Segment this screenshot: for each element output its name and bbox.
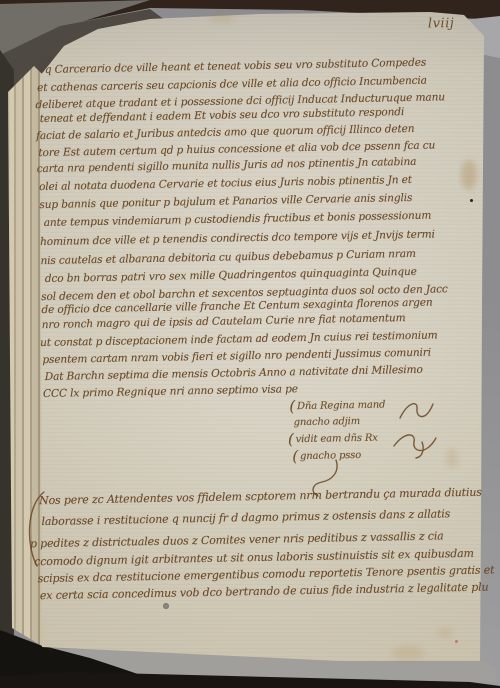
manuscript-line: ex certa scia concedimus vob dco bertran…: [40, 580, 489, 603]
manuscript-line: tore Est autem certum qd p huius concess…: [38, 138, 435, 160]
pen-flourish-icon: [392, 430, 440, 460]
paper-stain: [438, 628, 452, 637]
backdrop-bottomleft-black-wedge: [0, 0, 500, 688]
manuscript-line: carta nra pendenti sigillo munita nullis…: [37, 155, 417, 176]
chancery-note-line: (gnacho psso: [292, 448, 361, 464]
manuscript-line: scipsis ex dca restitucione emergentibus…: [37, 563, 494, 586]
manuscript-line: et cathenas carceris seu capcionis dce v…: [37, 74, 427, 95]
backdrop-gray: [0, 0, 500, 688]
manuscript-line: teneat et deffendant i eadem Et vobis se…: [40, 105, 405, 126]
chancery-note-line: (Dña Regina mand: [289, 397, 385, 414]
handwriting-layer: lviij q Carcerario dce ville heant et te…: [0, 0, 500, 688]
backdrop-topleft-light-wedge: [0, 0, 500, 688]
manuscript-line: q Carcerario dce ville heant et teneat v…: [45, 56, 427, 77]
pen-flourish-icon: [398, 398, 438, 424]
manuscript-line: p pedites z districtuales duos z Comites…: [30, 529, 444, 551]
chancery-note-text: Dña Regina mand: [297, 399, 385, 412]
paragraph-bracket: (: [288, 430, 294, 448]
manuscript-line: nro ronch magro qui de ipsis ad Cautelam…: [42, 311, 406, 332]
paper-stain: [392, 646, 424, 660]
manuscript-line: faciat de salario et Juribus antedcis am…: [36, 122, 415, 143]
folio-number: lviij: [428, 16, 455, 32]
manuscript-line: laborasse i restitucione q nuncij fr d d…: [41, 507, 450, 529]
book-fore-edge-pages: [0, 0, 500, 688]
chancery-note-text: vidit eam dñs Rx: [296, 433, 378, 446]
manuscript-line: sup bannis que ponitur p bajulum et Pana…: [39, 191, 412, 212]
manuscript-line: deliberet atque tradant et i possessione…: [35, 90, 445, 112]
backdrop-under-sheet: [0, 0, 500, 688]
backdrop-left-edge-shadow: [0, 0, 500, 688]
manuscript-line: dco bn borras patri vro sex mille Quadri…: [45, 265, 417, 286]
manuscript-line: de officio dce cancellarie ville franche…: [41, 295, 432, 317]
manuscript-line: ante tempus vindemiarum p custodiendis f…: [44, 209, 432, 230]
manuscript-line: Nos pere zc Attendentes vos ffidelem scp…: [39, 486, 482, 508]
paper-stain: [446, 448, 458, 468]
ink-dot: [470, 199, 473, 202]
chancery-note-line: (vidit eam dñs Rx: [288, 431, 378, 448]
manuscript-line: nis cautelas et albarana debitoria cu qu…: [40, 247, 416, 268]
manuscript-line: olei al notata duodena Cervarie et tociu…: [39, 173, 412, 194]
manuscript-line: sol decem den et obol barchn et sexcento…: [41, 282, 448, 304]
pen-flourish-icon: [306, 458, 342, 498]
manuscript-line: CCC lx primo Regnique nri anno septimo v…: [43, 382, 298, 401]
paragraph-bracket: (: [292, 447, 298, 465]
paragraph-bracket: (: [289, 397, 295, 415]
paper-hole: [163, 603, 169, 609]
backdrop-topleft-dark-wedge: [0, 0, 500, 688]
paper-stain: [461, 160, 477, 190]
backdrop-topright-sheet-edge: [0, 0, 500, 688]
chancery-note-text: gnacho adjim: [293, 416, 360, 428]
manuscript-line: psentem cartam nram vobis fieri et sigil…: [42, 346, 431, 367]
book-gutter-shadow: [0, 0, 500, 688]
manuscript-line: ut constat p disceptacionem inde factam …: [40, 328, 438, 350]
initial-brace-stroke-icon: [22, 488, 48, 570]
paper-speck: [455, 640, 458, 643]
backdrop-top-dark-band: [0, 0, 500, 688]
manuscript-line: ccomodo dignum igit arbitrantes ut sit o…: [34, 547, 474, 569]
manuscript-line: hominum dce ville et p tenendis condirec…: [40, 227, 435, 249]
chancery-note-text: gnacho psso: [300, 450, 361, 462]
manuscript-line: Dat Barchn septima die mensis Octobris A…: [45, 363, 423, 384]
manuscript-page: [0, 0, 500, 688]
chancery-note-line: gnacho adjim: [293, 415, 360, 430]
paper-stain: [210, 14, 234, 23]
backdrop-bottom-black-band: [0, 0, 500, 688]
